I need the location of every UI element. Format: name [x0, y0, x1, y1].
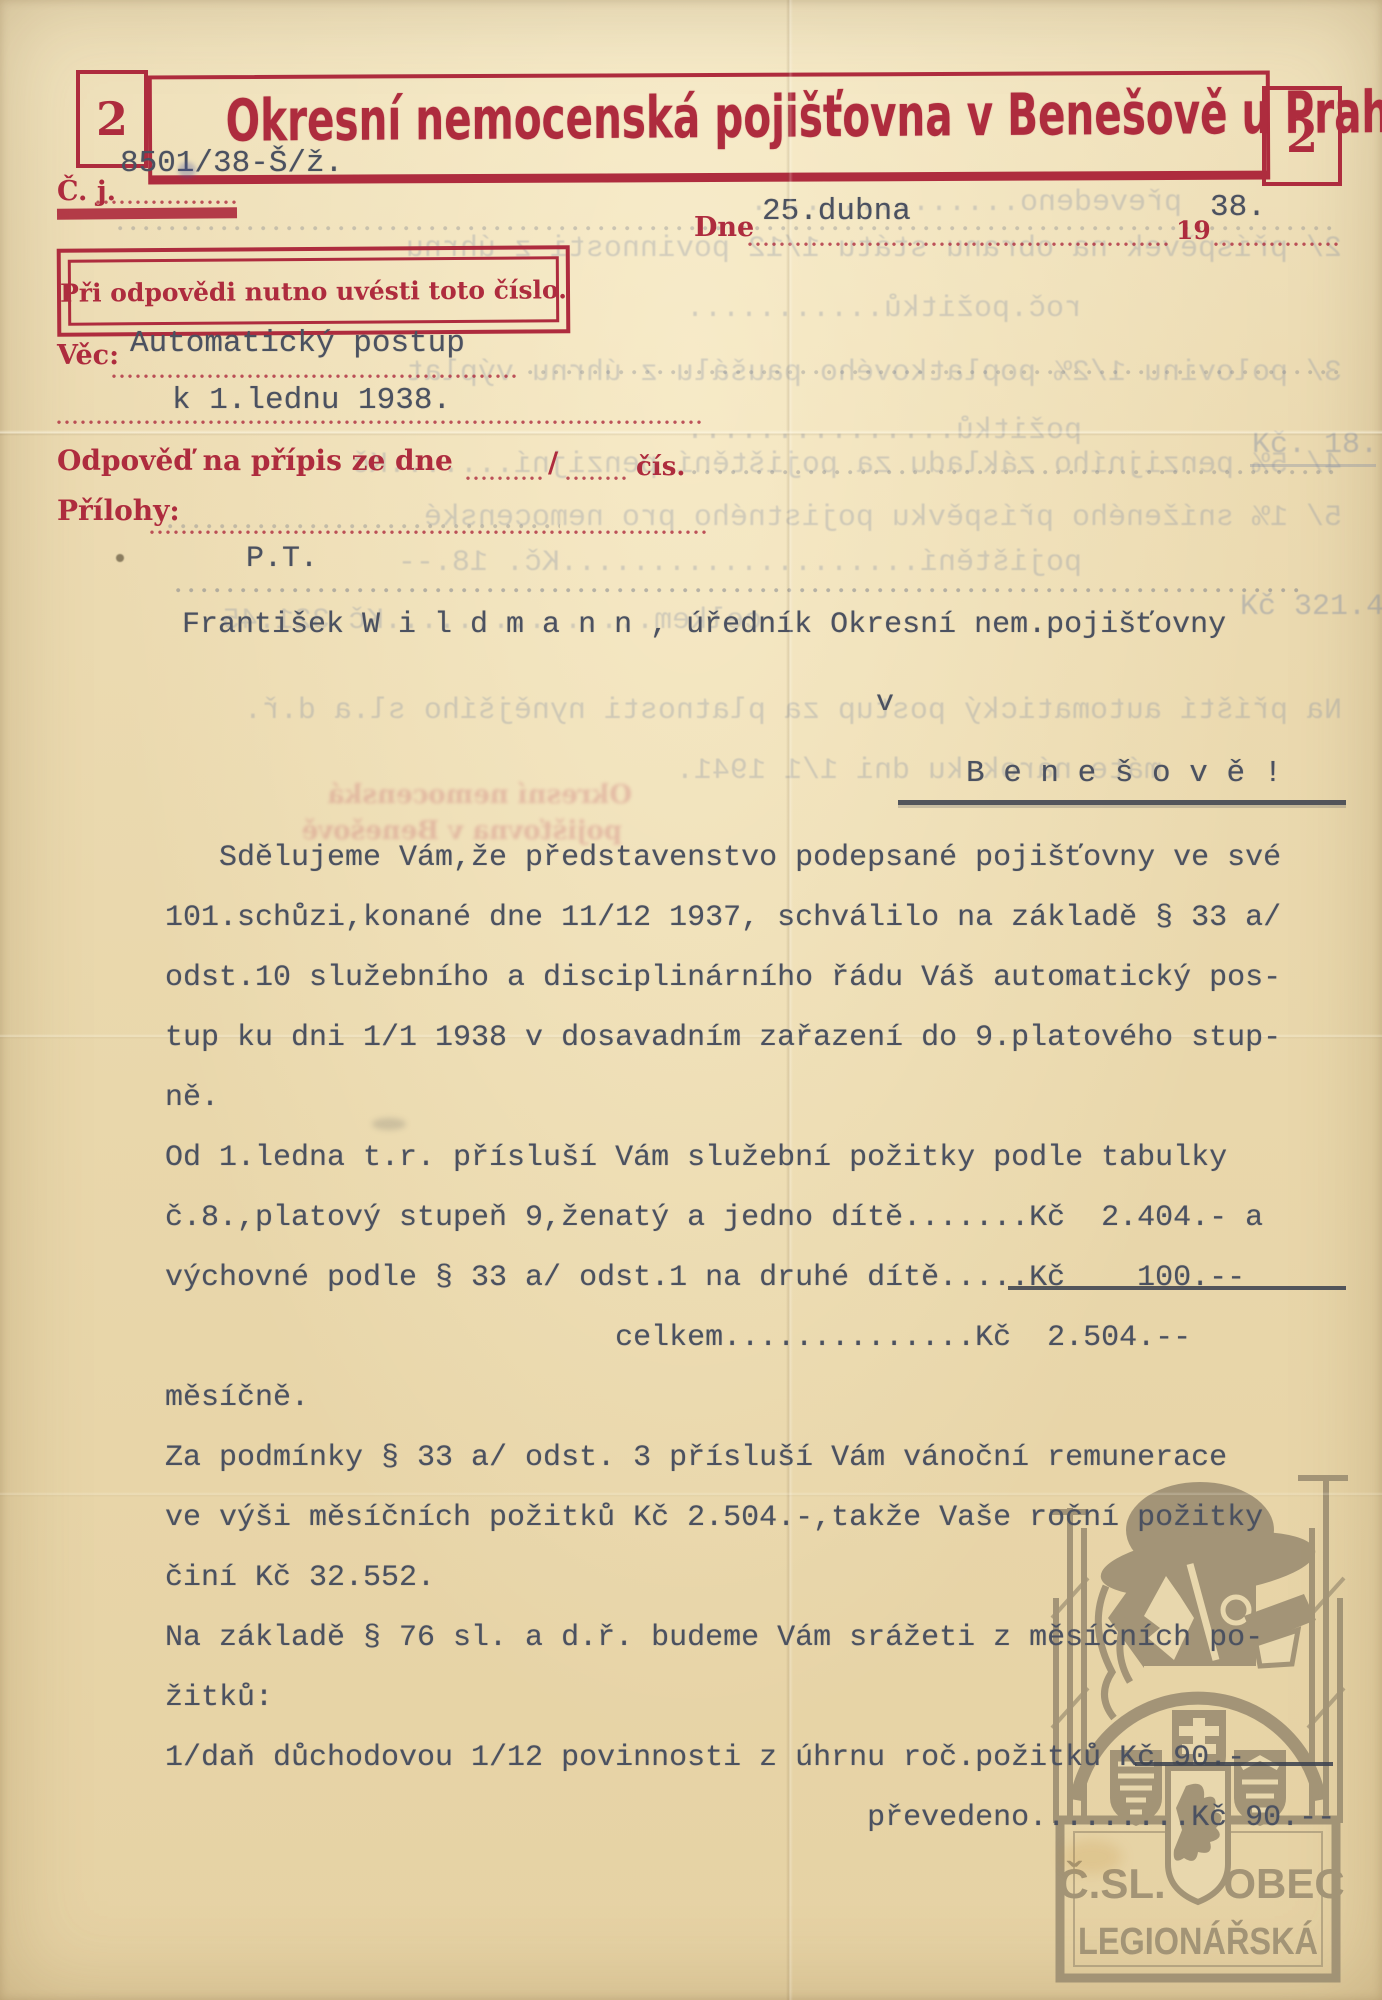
body-line: ve výši měsíčních požitků Kč 2.504.-,tak… [165, 1488, 1335, 1548]
dotted-rule [96, 200, 236, 205]
date-label: Dne [694, 212, 754, 243]
letter-page: převedeno............... 2/ příspěvek na… [0, 0, 1382, 2000]
notice-box: Při odpovědi nutno uvésti toto číslo. [57, 245, 571, 337]
reply-label: Odpověď na přípis ze dne [57, 444, 453, 477]
bleed-red-stamp-line: Okresní nemocenská [328, 780, 632, 810]
notice-text: Při odpovědi nutno uvésti toto číslo. [60, 275, 567, 308]
bleed-line: pojištění....................Kč. 18.-- [398, 546, 1082, 580]
reply-slash: / [548, 446, 558, 479]
city-underline [898, 800, 1346, 805]
date-value: 25.dubna [762, 194, 911, 229]
subject-line2: k 1.lednu 1938. [172, 383, 451, 418]
body-line: č.8.,platový stupeň 9,ženatý a jedno dít… [165, 1188, 1335, 1248]
amount-underline-100 [1008, 1286, 1346, 1290]
dotted-rule [466, 476, 544, 481]
stamp-text-obec: OBEC [1223, 1860, 1344, 1907]
addressee-city: B e n e š o v ě ! [966, 756, 1282, 791]
body-line: 101.schůzi,konané dne 11/12 1937, schvál… [165, 888, 1335, 948]
body-line: žitků: [165, 1668, 1335, 1728]
bleed-line: roč.požitků........... [686, 292, 1082, 326]
attachments-label: Přílohy: [57, 494, 180, 527]
bleed-underline [1250, 464, 1376, 467]
dotted-rule [168, 524, 560, 529]
body-line: 1/daň důchodovou 1/12 povinnosti z úhrnu… [165, 1728, 1335, 1788]
dotted-rule [112, 374, 520, 379]
salutation: P.T. [246, 542, 318, 576]
bleed-fragment: Kč 321.45 [1240, 590, 1382, 624]
body-line: Na základě § 76 sl. a d.ř. budeme Vám sr… [165, 1608, 1335, 1668]
body-line: tup ku dni 1/1 1938 v dosavadním zařazen… [165, 1008, 1335, 1068]
red-underline-bar [57, 207, 237, 220]
dotted-rule [176, 588, 1304, 593]
body-line: měsíčně. [165, 1368, 1335, 1428]
stamp-text-legionarska: LEGIONÁŘSKÁ [1078, 1919, 1318, 1963]
dotted-rule [528, 370, 1340, 375]
year-printed: 19 [1176, 216, 1211, 245]
body-line: převedeno.........Kč 90.-- [165, 1788, 1335, 1848]
subject-line1: Automatický postup [130, 326, 465, 361]
subject-label: Věc: [57, 340, 119, 371]
addressee-preposition: v [876, 686, 894, 720]
fold-crease-horizontal [0, 430, 1382, 436]
body-line: celkem..............Kč 2.504.-- [165, 1308, 1335, 1368]
paper-speck [116, 554, 124, 562]
dotted-rule [1214, 242, 1342, 247]
reply-number-label: čís. [636, 452, 685, 482]
dotted-rule [748, 242, 1168, 247]
form-badge-left-number: 2 [96, 92, 128, 146]
body-line: výchovné podle § 33 a/ odst.1 na druhé d… [165, 1248, 1335, 1308]
dotted-rule [566, 476, 628, 481]
ref-number-value: 8501/38-Š/ž. [120, 146, 343, 181]
body-line: Od 1.ledna t.r. přísluší Vám služební po… [165, 1128, 1335, 1188]
body-line: Sdělujeme Vám,že představenstvo podepsan… [165, 828, 1335, 888]
body-line: Za podmínky § 33 a/ odst. 3 přísluší Vám… [165, 1428, 1335, 1488]
dotted-rule [150, 530, 708, 535]
body-line: ně. [165, 1068, 1335, 1128]
ink-smudge [178, 162, 196, 178]
letter-body: Sdělujeme Vám,že představenstvo podepsan… [165, 828, 1335, 1848]
year-typed: 38. [1210, 190, 1266, 225]
body-line: odst.10 služebního a disciplinárního řád… [165, 948, 1335, 1008]
amount-underline-90 [1135, 1762, 1333, 1766]
body-line: činí Kč 32.552. [165, 1548, 1335, 1608]
dotted-rule [57, 420, 705, 425]
addressee-name: František W i l d m a n n , úředník Okre… [182, 608, 1226, 642]
letterhead-title: Okresní nemocenská pojišťovna v Benešově… [226, 79, 1190, 154]
